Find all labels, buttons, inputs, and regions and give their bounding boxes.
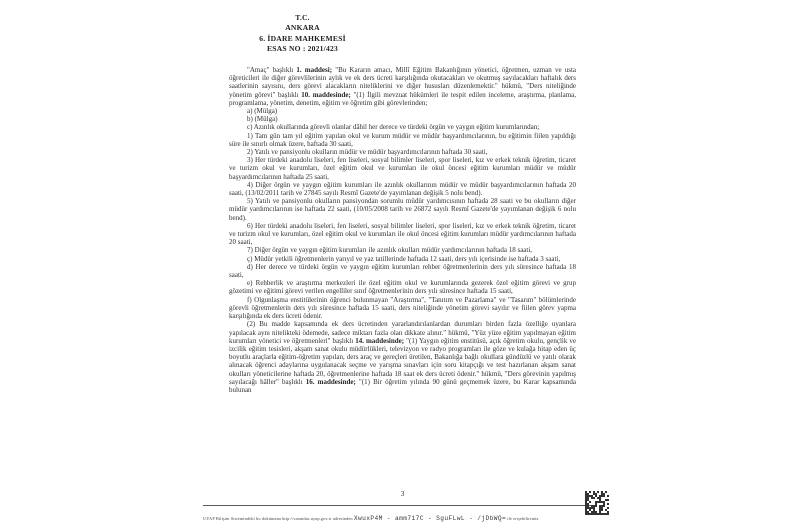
uyap-footer-prefix: UYAP Bilişim Sistemindeki bu dokümana ht…	[203, 516, 354, 521]
paragraph: 4) Diğer örgün ve yaygın eğitim kurumlar…	[229, 181, 576, 197]
page-number: 3	[229, 489, 576, 498]
uyap-access-code: XwuxP4M - amm717C - SguFLwL - /jDbWQ=	[354, 515, 506, 522]
paragraph: 6) Her türdeki anadolu liseleri, fen lis…	[229, 222, 576, 247]
paragraph: "Amaç" başlıklı 1. maddesi; "Bu Kararın …	[229, 66, 576, 107]
paragraph: d) Her derece ve türdeki örgün ve yaygın…	[229, 263, 576, 279]
paragraph: f) Olgunlaşma enstitülerinin öğrenci bul…	[229, 296, 576, 321]
paragraph: c) Azınlık okullarında görevli olanlar d…	[229, 123, 576, 131]
paragraph: 5) Yatılı ve pansiyonlu okulların pansiy…	[229, 197, 576, 222]
uyap-footer-suffix: ile erişebilirsiniz	[506, 516, 538, 521]
paragraph: b) (Mülga)	[229, 115, 576, 123]
paragraph: 2) Yatılı ve pansiyonlu okulların müdür …	[229, 148, 576, 156]
header-tc: T.C.	[240, 13, 365, 23]
paragraph: 3) Her türdeki anadolu liseleri, fen lis…	[229, 156, 576, 181]
header-case-number: ESAS NO : 2021/423	[240, 44, 365, 54]
scanned-court-document-page: T.C. ANKARA 6. İDARE MAHKEMESİ ESAS NO :…	[0, 0, 800, 530]
paragraph: 7) Diğer örgün ve yaygın eğitim kurumlar…	[229, 246, 576, 254]
document-body-text: "Amaç" başlıklı 1. maddesi; "Bu Kararın …	[229, 66, 576, 394]
datamatrix-barcode-icon	[585, 491, 609, 515]
paragraph: a) (Mülga)	[229, 107, 576, 115]
paragraph: (2) Bu madde kapsamında ek ders ücretind…	[229, 320, 576, 394]
court-header: T.C. ANKARA 6. İDARE MAHKEMESİ ESAS NO :…	[240, 13, 365, 55]
header-city: ANKARA	[240, 23, 365, 33]
uyap-access-footer: UYAP Bilişim Sistemindeki bu dokümana ht…	[203, 505, 595, 525]
paragraph: 1) Tam gün tam yıl eğitim yapılan okul v…	[229, 132, 576, 148]
paragraph: e) Rehberlik ve araştırma merkezleri ile…	[229, 279, 576, 295]
paragraph: ç) Müdür yetkili öğretmenlerin yarıyıl v…	[229, 255, 576, 263]
header-court-name: 6. İDARE MAHKEMESİ	[240, 34, 365, 44]
